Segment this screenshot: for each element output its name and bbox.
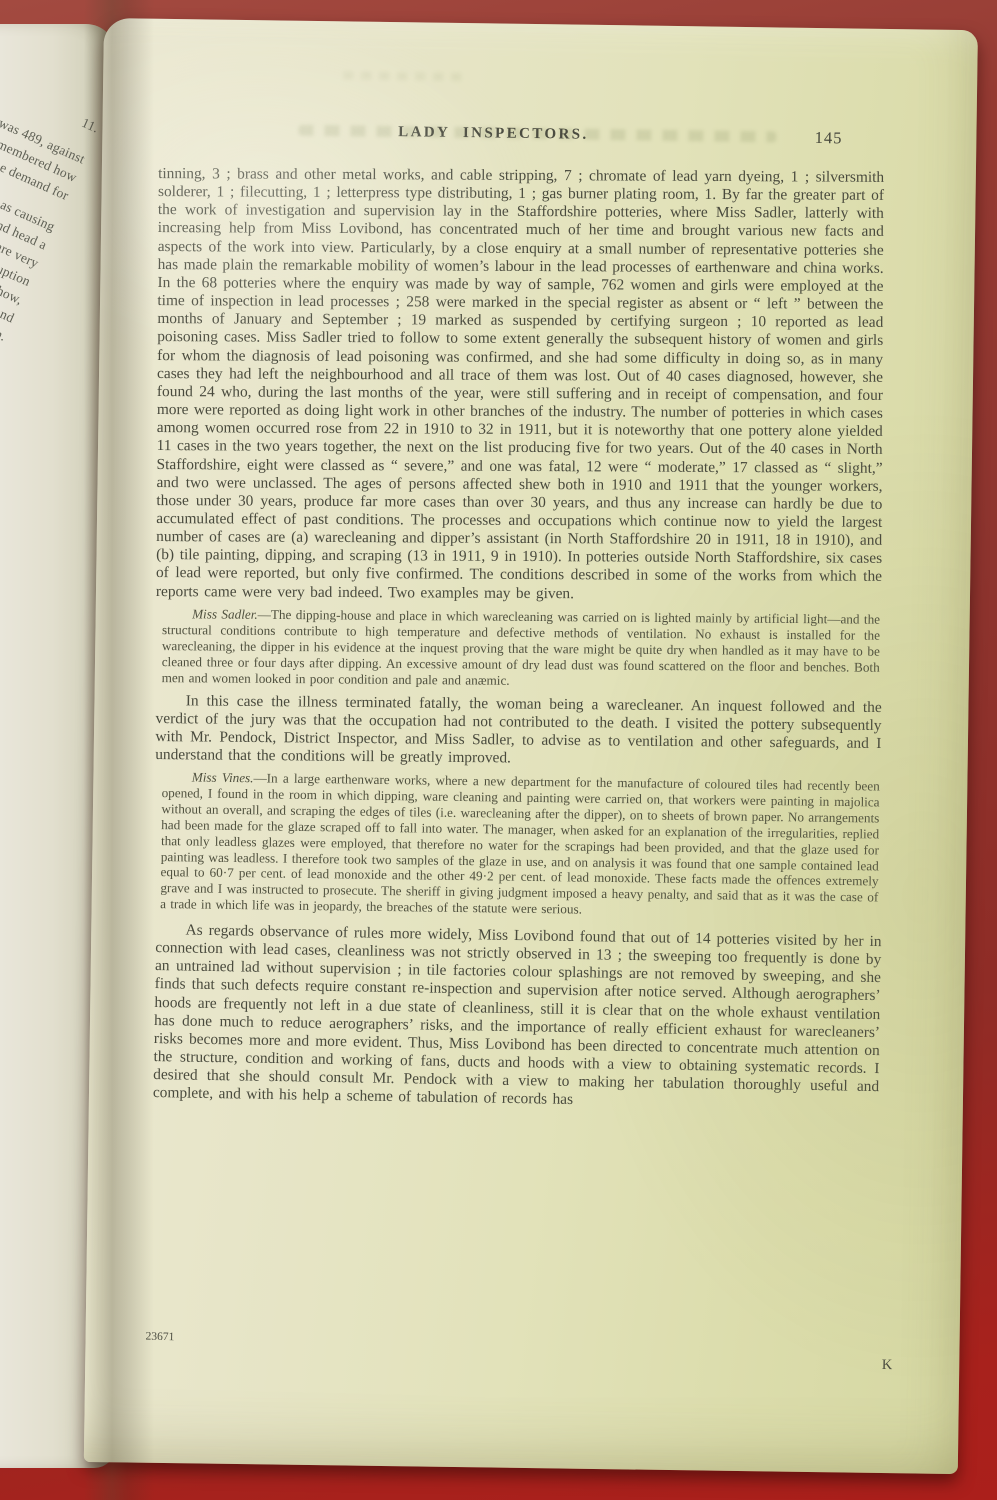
printer-signature-mark: K <box>882 1357 894 1374</box>
page-number: 145 <box>815 128 843 148</box>
paragraph-lead-in: Miss Vines. <box>192 769 254 785</box>
book-page: LADY INSPECTORS. 145 tinning, 3 ; brass … <box>84 18 978 1474</box>
paragraph: In this case the illness terminated fata… <box>155 692 882 772</box>
running-title: LADY INSPECTORS. <box>158 121 828 147</box>
page-sheet: LADY INSPECTORS. 145 tinning, 3 ; brass … <box>84 18 978 1474</box>
page-header: LADY INSPECTORS. 145 <box>158 121 884 153</box>
paragraph-lead-in: Miss Sadler. <box>192 606 258 622</box>
page-body-text: tinning, 3 ; brass and other metal works… <box>154 165 884 1106</box>
show-through-ink <box>343 71 463 81</box>
printer-order-number: 23671 <box>145 1331 174 1344</box>
paragraph: Miss Vines.—In a large earthenware works… <box>160 769 880 922</box>
paragraph: Miss Sadler.—The dipping-house and place… <box>162 606 881 691</box>
paragraph: tinning, 3 ; brass and other metal works… <box>156 165 884 605</box>
paragraph: As regards observance of rules more wide… <box>153 921 882 1115</box>
